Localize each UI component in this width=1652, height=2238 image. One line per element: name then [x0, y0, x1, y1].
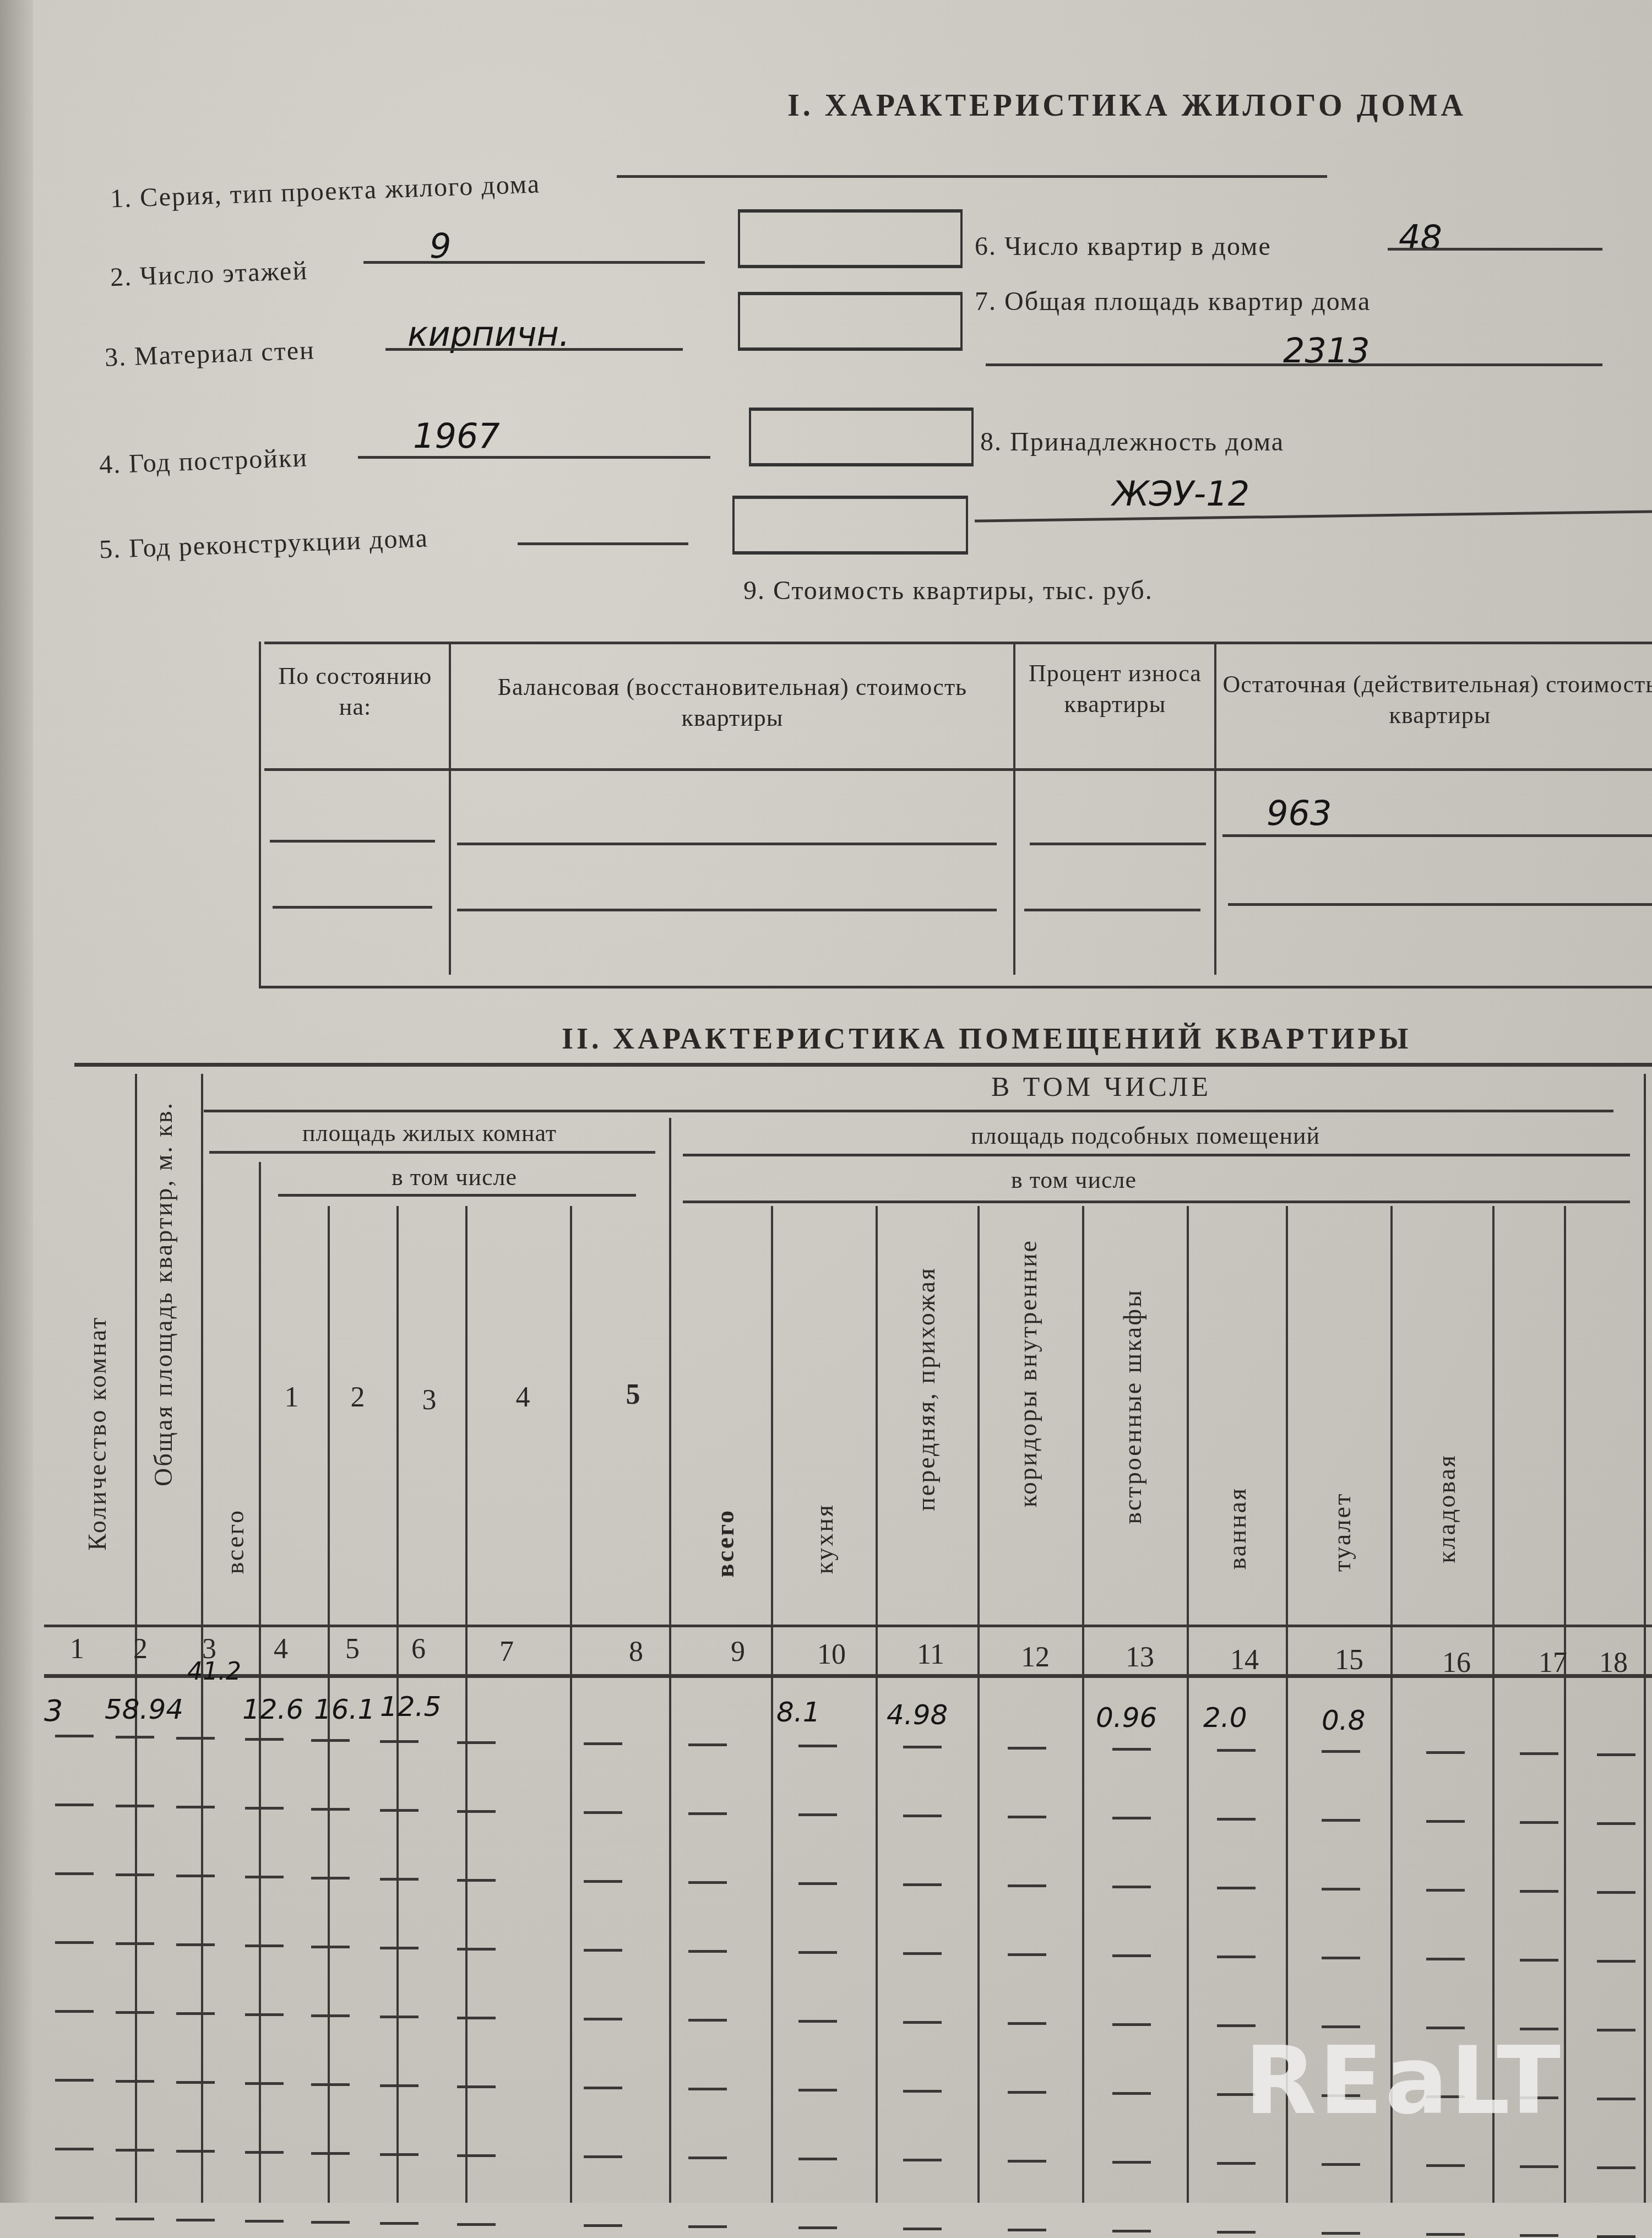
dash-placeholder	[903, 2090, 942, 2093]
dash-placeholder	[1217, 1955, 1256, 1958]
dash-placeholder	[1008, 1884, 1046, 1887]
col-header-aux-total: всего	[710, 1509, 740, 1578]
dash-placeholder	[1008, 1816, 1046, 1818]
code-box-4	[749, 408, 974, 466]
dash-placeholder	[457, 1879, 496, 1882]
cost-col-divider	[449, 644, 451, 975]
field-2-line	[363, 261, 705, 264]
cost-table-header-bottom	[264, 768, 1652, 771]
dash-placeholder	[116, 2011, 154, 2014]
dash-placeholder	[311, 1808, 350, 1811]
dash-placeholder	[903, 2159, 942, 2161]
cost-row-line	[273, 906, 432, 909]
dash-placeholder	[116, 1736, 154, 1739]
dash-placeholder	[457, 1948, 496, 1951]
dash-placeholder	[1112, 1817, 1151, 1819]
dash-placeholder	[380, 2153, 419, 2156]
col-divider	[1644, 1074, 1646, 2203]
cost-col-divider	[1214, 644, 1216, 975]
header-divider	[683, 1201, 1630, 1203]
col-header-room-3: 3	[407, 1385, 452, 1416]
col-numbers-top	[44, 1625, 1652, 1627]
cell-total-area: 58.94	[105, 1693, 183, 1725]
ownership-value: ЖЭУ-12	[1112, 474, 1249, 514]
dash-placeholder	[1008, 1747, 1046, 1750]
dash-placeholder	[457, 2085, 496, 2088]
col-divider	[977, 1206, 980, 2203]
field-1-line	[617, 175, 1327, 178]
dash-placeholder	[116, 1873, 154, 1876]
col-number: 10	[804, 1638, 859, 1671]
dash-placeholder	[55, 1735, 94, 1737]
dash-placeholder	[1112, 2161, 1151, 2164]
dash-placeholder	[55, 1872, 94, 1875]
cost-title: 9. Стоимость квартиры, тыс. руб.	[743, 575, 1153, 606]
field-7: 7. Общая площадь квартир дома	[975, 286, 1371, 317]
dash-placeholder	[457, 2017, 496, 2019]
dash-placeholder	[584, 1880, 622, 1883]
dash-placeholder	[457, 2154, 496, 2157]
dash-placeholder	[1322, 1888, 1360, 1891]
dash-placeholder	[798, 1745, 837, 1747]
cost-row-line	[1222, 834, 1652, 837]
col-header-hallway: передняя, прихожая	[911, 1267, 941, 1511]
living-including-label: в том числе	[275, 1162, 633, 1193]
dash-placeholder	[798, 1813, 837, 1816]
dash-placeholder	[311, 1877, 350, 1880]
dash-placeholder	[55, 2148, 94, 2150]
section2-title: II. ХАРАКТЕРИСТИКА ПОМЕЩЕНИЙ КВАРТИРЫ	[562, 1022, 1411, 1056]
dash-placeholder	[798, 2089, 837, 2092]
dash-placeholder	[798, 1882, 837, 1885]
field-4-line	[358, 456, 710, 459]
aux-group-label: площадь подсобных помещений	[677, 1121, 1613, 1151]
cost-table-bottom	[259, 986, 1652, 988]
section1-title: I. ХАРАКТЕРИСТИКА ЖИЛОГО ДОМА	[787, 88, 1466, 123]
document-page: I. ХАРАКТЕРИСТИКА ЖИЛОГО ДОМА 1. Серия, …	[0, 0, 1652, 2203]
header-divider	[278, 1194, 636, 1197]
dash-placeholder	[457, 1810, 496, 1813]
cost-table-top	[264, 642, 1652, 644]
dash-placeholder	[1597, 2098, 1635, 2100]
dash-placeholder	[1426, 1958, 1465, 1960]
col-number: 8	[619, 1636, 653, 1668]
col-divider	[771, 1206, 773, 2203]
dash-placeholder	[1520, 2165, 1558, 2168]
code-box-2	[738, 209, 963, 268]
cell-room1: 12.6	[242, 1693, 303, 1725]
col-divider	[1187, 1206, 1189, 2203]
dash-placeholder	[55, 2010, 94, 2013]
dash-placeholder	[380, 2084, 419, 2087]
dash-placeholder	[116, 1942, 154, 1945]
dash-placeholder	[457, 1741, 496, 1744]
dash-placeholder	[1597, 1891, 1635, 1894]
col-header-room-4: 4	[501, 1382, 545, 1413]
cost-row-line	[457, 843, 997, 845]
col-header-storage: кладовая	[1432, 1454, 1461, 1563]
col-divider	[259, 1162, 261, 2203]
field-6: 6. Число квартир в доме	[975, 231, 1271, 262]
dash-placeholder	[688, 2019, 727, 2022]
cost-col-divider	[1013, 644, 1015, 975]
living-group-label: площадь жилых комнат	[204, 1118, 655, 1149]
dash-placeholder	[584, 2155, 622, 2158]
dash-placeholder	[380, 1878, 419, 1881]
dash-placeholder	[245, 2082, 284, 2085]
dash-placeholder	[688, 1881, 727, 1884]
dash-placeholder	[688, 1950, 727, 1953]
col-number: 12	[1008, 1641, 1063, 1674]
dash-placeholder	[311, 2152, 350, 2155]
dash-placeholder	[176, 1806, 215, 1808]
realt-watermark: REaLT	[1245, 2027, 1563, 2136]
col-divider	[876, 1206, 878, 2203]
header-divider	[683, 1154, 1630, 1156]
field-3-line	[385, 348, 683, 351]
cost-row-line	[457, 909, 997, 911]
dash-placeholder	[1112, 2023, 1151, 2026]
dash-placeholder	[116, 2080, 154, 2083]
cell-living-total: 41.2	[187, 1658, 241, 1686]
field-7-line	[986, 363, 1602, 366]
dash-placeholder	[1322, 1750, 1360, 1753]
dash-placeholder	[1426, 2164, 1465, 2167]
col-divider	[465, 1206, 468, 2203]
col-number: 13	[1112, 1641, 1167, 1674]
dash-placeholder	[798, 2020, 837, 2023]
dash-placeholder	[1008, 2091, 1046, 2094]
header-divider	[204, 1110, 1613, 1112]
cell-kitchen: 8.1	[776, 1696, 820, 1728]
apartments-count-value: 48	[1399, 218, 1442, 258]
header-divider	[209, 1151, 655, 1154]
dash-placeholder	[798, 2158, 837, 2160]
field-5-line	[518, 542, 688, 545]
col-header-bathroom: ванная	[1222, 1487, 1252, 1569]
field-4: 4. Год постройки	[99, 442, 308, 480]
dash-placeholder	[311, 1946, 350, 1948]
dash-placeholder	[1112, 2092, 1151, 2095]
build-year-value: 1967	[413, 416, 500, 456]
col-divider	[1082, 1206, 1084, 2203]
dash-placeholder	[1217, 2162, 1256, 2165]
cost-header-wear: Процент износа квартиры	[1019, 658, 1211, 720]
dash-placeholder	[1112, 1954, 1151, 1957]
dash-placeholder	[55, 1941, 94, 1944]
dash-placeholder	[245, 1807, 284, 1810]
group-including: В ТОМ ЧИСЛЕ	[716, 1071, 1487, 1102]
dash-placeholder	[245, 2013, 284, 2016]
dash-placeholder	[688, 2088, 727, 2090]
dash-placeholder	[245, 2151, 284, 2154]
col-number: 11	[903, 1638, 958, 1671]
cost-row-line	[1030, 843, 1206, 845]
dash-placeholder	[380, 2016, 419, 2018]
cost-header-date: По состоянию на:	[264, 661, 446, 723]
dash-placeholder	[311, 2083, 350, 2086]
cost-header-balance: Балансовая (восстановительная) стоимость…	[457, 672, 1008, 734]
col-number: 4	[264, 1633, 297, 1665]
dash-placeholder	[380, 1809, 419, 1812]
col-number: 16	[1429, 1647, 1484, 1679]
cost-row-line	[270, 840, 435, 843]
field-8-line	[975, 510, 1652, 522]
dash-placeholder	[1426, 1751, 1465, 1754]
cell-hallway: 4.98	[887, 1699, 948, 1731]
col-header-rooms: Количество комнат	[83, 1316, 112, 1551]
col-number: 17	[1531, 1647, 1575, 1679]
aux-including-label: в том числе	[683, 1165, 1465, 1196]
dash-placeholder	[1322, 2163, 1360, 2166]
cost-row-line	[1228, 903, 1652, 906]
code-box-5	[732, 496, 968, 555]
dash-placeholder	[1322, 1819, 1360, 1822]
dash-placeholder	[584, 1742, 622, 1745]
col-number: 5	[336, 1633, 369, 1665]
dash-placeholder	[1597, 1960, 1635, 1963]
dash-placeholder	[1112, 1748, 1151, 1751]
field-8: 8. Принадлежность дома	[980, 427, 1284, 457]
dash-placeholder	[1520, 1959, 1558, 1962]
col-divider	[570, 1206, 572, 2203]
dash-placeholder	[584, 2018, 622, 2020]
col-header-living-total: всего	[220, 1509, 249, 1574]
col-number: 6	[402, 1633, 435, 1665]
dash-placeholder	[1217, 1749, 1256, 1752]
col-header-kitchen: кухня	[809, 1503, 839, 1574]
dash-placeholder	[176, 1737, 215, 1740]
dash-placeholder	[1597, 2166, 1635, 2169]
dash-placeholder	[1426, 1820, 1465, 1823]
dash-placeholder	[245, 1944, 284, 1947]
cost-header-residual: Остаточная (действительная) стоимость кв…	[1220, 669, 1652, 731]
field-3: 3. Материал стен	[104, 335, 315, 372]
dash-placeholder	[55, 2079, 94, 2082]
cell-closets: 0.96	[1096, 1702, 1157, 1734]
dash-placeholder	[55, 1804, 94, 1806]
dash-placeholder	[1426, 1889, 1465, 1892]
cell-bathroom: 2.0	[1203, 1702, 1247, 1734]
dash-placeholder	[1597, 1753, 1635, 1756]
dash-placeholder	[1520, 1890, 1558, 1893]
col-number: 7	[490, 1636, 523, 1668]
residual-cost-value: 963	[1267, 793, 1332, 833]
dash-placeholder	[1112, 1886, 1151, 1888]
dash-placeholder	[1520, 1752, 1558, 1755]
dash-placeholder	[311, 2014, 350, 2017]
cost-col-divider	[259, 642, 261, 986]
col-header-total-area: Общая площадь квартир, м. кв.	[149, 1101, 178, 1486]
col-header-toilet: туалет	[1327, 1492, 1356, 1572]
dash-placeholder	[176, 2150, 215, 2153]
field-2: 2. Число этажей	[110, 256, 308, 293]
dash-placeholder	[903, 1883, 942, 1886]
code-box-3	[738, 292, 963, 351]
dash-placeholder	[1597, 1822, 1635, 1825]
dash-placeholder	[1322, 1957, 1360, 1959]
dash-placeholder	[1520, 1821, 1558, 1824]
dash-placeholder	[176, 2012, 215, 2015]
dash-placeholder	[245, 1738, 284, 1741]
dash-placeholder	[584, 1811, 622, 1814]
dash-placeholder	[688, 1812, 727, 1815]
field-1: 1. Серия, тип проекта жилого дома	[110, 169, 541, 214]
col-numbers-bottom	[44, 1674, 1652, 1678]
col-number: 14	[1217, 1644, 1272, 1676]
col-number: 15	[1322, 1644, 1377, 1676]
section2-top-line	[74, 1063, 1652, 1067]
cell-toilet: 0.8	[1322, 1704, 1366, 1736]
col-header-closets: встроенные шкафы	[1118, 1289, 1147, 1524]
dash-placeholder	[311, 1739, 350, 1742]
dash-placeholder	[176, 2081, 215, 2084]
dash-placeholder	[1008, 2022, 1046, 2025]
col-number: 9	[721, 1636, 754, 1668]
cell-room3: 12.5	[380, 1691, 441, 1723]
col-divider	[669, 1118, 671, 2203]
dash-placeholder	[176, 1943, 215, 1946]
cell-rooms: 3	[44, 1693, 63, 1728]
col-number: 18	[1591, 1647, 1635, 1679]
dash-placeholder	[116, 2149, 154, 2152]
col-number: 1	[61, 1633, 94, 1665]
col-header-corridors: коридоры внутренние	[1013, 1239, 1042, 1507]
dash-placeholder	[1008, 1953, 1046, 1956]
dash-placeholder	[798, 1951, 837, 1954]
dash-placeholder	[903, 1952, 942, 1955]
dash-placeholder	[688, 2156, 727, 2159]
dash-placeholder	[584, 1949, 622, 1952]
col-header-room-2: 2	[336, 1382, 380, 1413]
dash-placeholder	[1217, 1818, 1256, 1821]
dash-placeholder	[1597, 2029, 1635, 2031]
dash-placeholder	[245, 1876, 284, 1878]
dash-placeholder	[584, 2087, 622, 2089]
dash-placeholder	[380, 1947, 419, 1949]
dash-placeholder	[1217, 1887, 1256, 1889]
floors-value: 9	[430, 226, 451, 266]
col-number: 2	[124, 1633, 157, 1665]
dash-placeholder	[1008, 2160, 1046, 2163]
dash-placeholder	[116, 1805, 154, 1807]
col-header-room-1: 1	[270, 1382, 314, 1413]
dash-placeholder	[688, 1743, 727, 1746]
paper-edge	[0, 0, 33, 2203]
dash-placeholder	[176, 1875, 215, 1877]
field-6-line	[1388, 248, 1602, 251]
col-header-room-5: 5	[611, 1379, 655, 1410]
dash-placeholder	[903, 1815, 942, 1817]
field-5: 5. Год реконструкции дома	[99, 523, 428, 565]
dash-placeholder	[903, 2021, 942, 2024]
cost-row-line	[1024, 909, 1200, 911]
col-divider	[1564, 1206, 1566, 2203]
dash-placeholder	[380, 1740, 419, 1743]
dash-placeholder	[903, 1746, 942, 1748]
cell-room2: 16.1	[314, 1693, 375, 1725]
